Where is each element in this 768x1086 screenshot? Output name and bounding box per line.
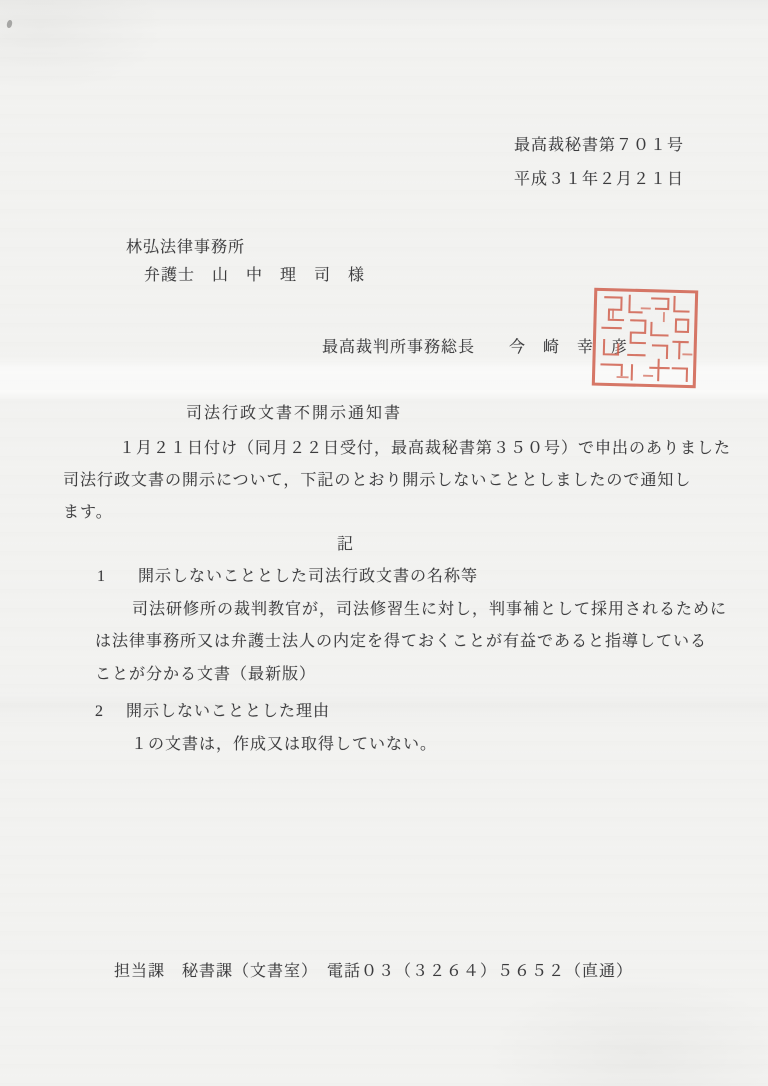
item-1-body-line: ことが分かる文書（最新版） bbox=[95, 665, 316, 684]
document-number: 最高裁秘書第７０１号 bbox=[514, 136, 684, 155]
body-paragraph-line: １月２１日付け（同月２２日受付，最高裁秘書第３５０号）で申出のありました bbox=[119, 439, 731, 458]
body-paragraph-line: ます。 bbox=[63, 503, 113, 522]
item-1-heading: 開示しないこととした司法行政文書の名称等 bbox=[138, 567, 478, 586]
record-marker: 記 bbox=[337, 535, 354, 554]
document-title: 司法行政文書不開示通知書 bbox=[186, 404, 402, 423]
item-2-heading: 開示しないこととした理由 bbox=[126, 702, 330, 721]
item-2-body-line: １の文書は，作成又は取得していない。 bbox=[131, 735, 437, 754]
item-1-body-line: 司法研修所の裁判教官が，司法修習生に対し，判事補として採用されるために bbox=[132, 600, 727, 619]
sender-title-and-name: 最高裁判所事務総長 今 崎 幸 彦 bbox=[322, 338, 628, 357]
document-date: 平成３１年２月２１日 bbox=[514, 170, 684, 189]
item-1-body-line: は法律事務所又は弁護士法人の内定を得ておくことが有益であると指導している bbox=[95, 632, 707, 651]
body-paragraph-line: 司法行政文書の開示について，下記のとおり開示しないこととしましたので通知し bbox=[63, 471, 691, 490]
item-2-number: 2 bbox=[95, 702, 104, 721]
scanned-document-page: 最高裁秘書第７０１号 平成３１年２月２１日 林弘法律事務所 弁護士 山 中 理 … bbox=[0, 0, 768, 1086]
addressee-office: 林弘法律事務所 bbox=[126, 238, 245, 257]
contact-footer: 担当課 秘書課（文書室） 電話０３（３２６４）５６５２（直通） bbox=[114, 962, 633, 981]
scan-artifact-speck bbox=[6, 20, 13, 29]
addressee-name: 弁護士 山 中 理 司 様 bbox=[144, 266, 365, 285]
item-1-number: 1 bbox=[97, 567, 106, 586]
scan-texture-overlay bbox=[0, 0, 768, 1086]
official-red-seal bbox=[591, 287, 700, 390]
